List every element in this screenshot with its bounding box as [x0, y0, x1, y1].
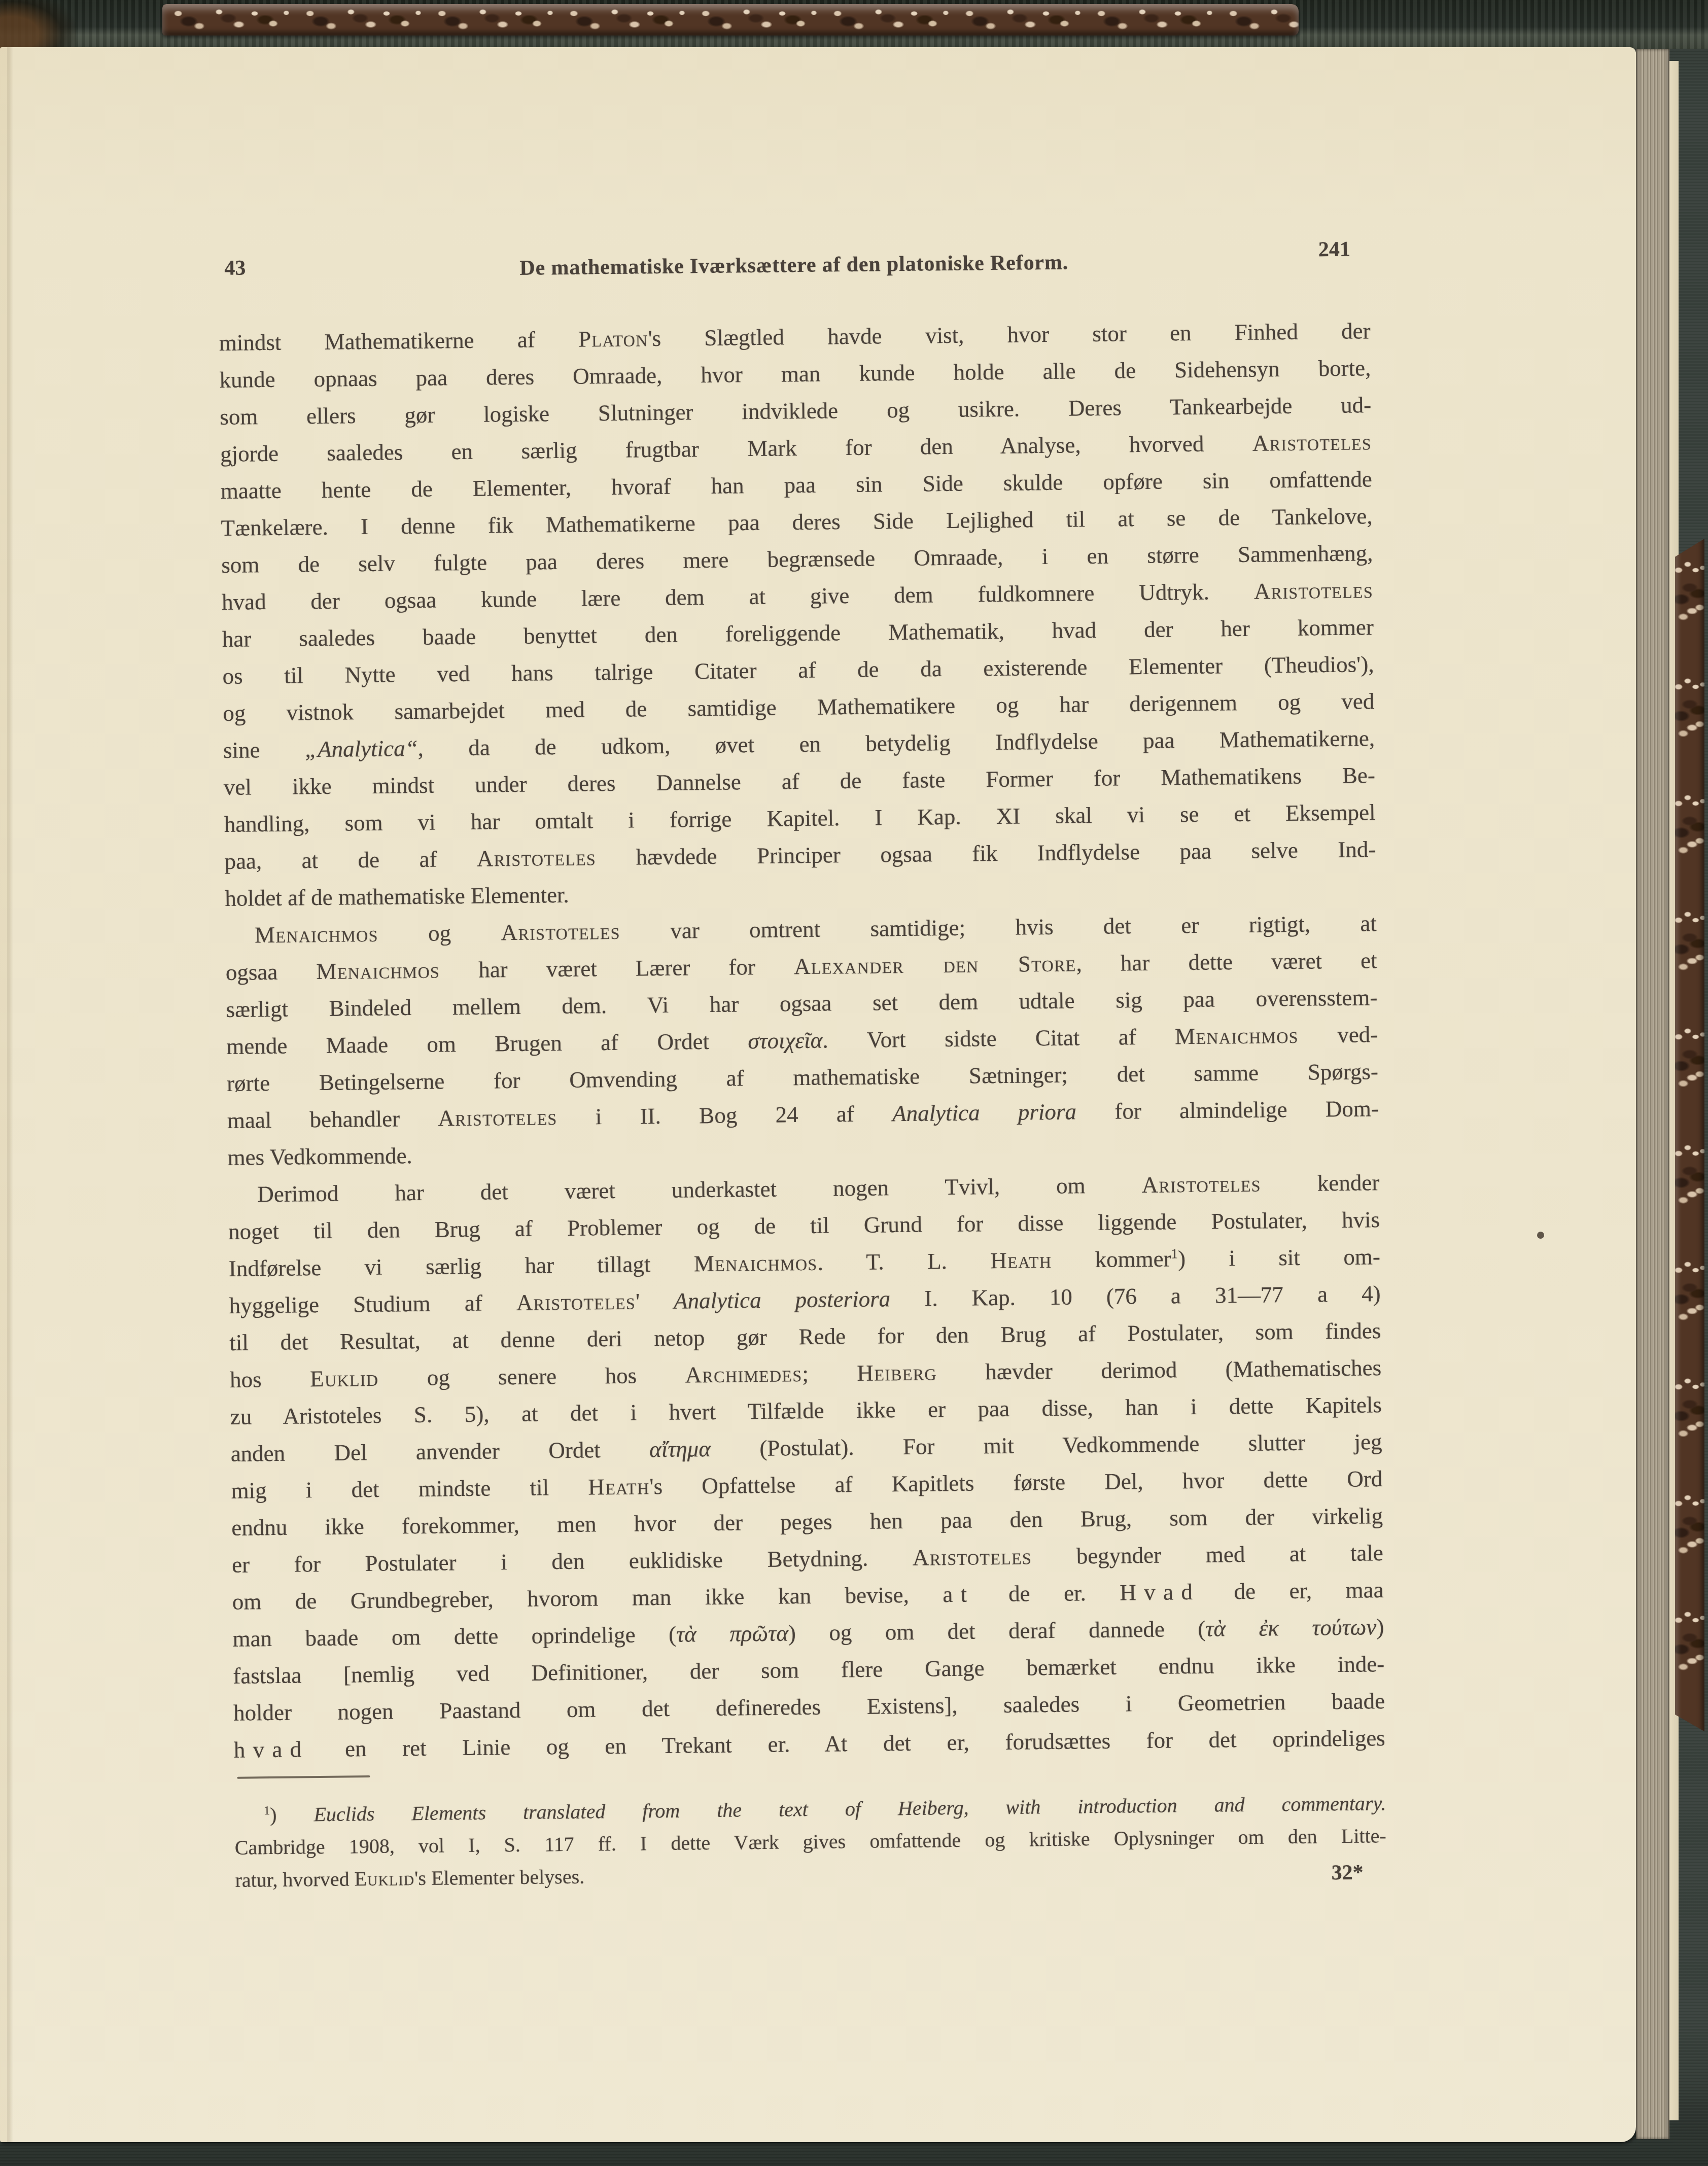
marbled-paper-right-strip: [1675, 535, 1704, 1737]
ink-speck: [1537, 1232, 1544, 1239]
page-number-left: 43: [224, 256, 246, 280]
running-title: De mathematiske Iværksættere af den plat…: [519, 250, 1068, 280]
marbled-paper-top-strip: [162, 4, 1299, 36]
page-fore-edge: [1636, 49, 1669, 2139]
page-number-right: 241: [1318, 237, 1350, 262]
signature-mark: 32*: [1331, 1861, 1363, 1885]
body-text: mindst Mathematikerne af Platon's Slægtl…: [219, 312, 1385, 1769]
book-page: 43 De mathematiske Iværksættere af den p…: [0, 47, 1636, 2142]
running-head: 43 De mathematiske Iværksættere af den p…: [218, 244, 1370, 283]
text-block: 43 De mathematiske Iværksættere af den p…: [218, 244, 1387, 1897]
footnote-rule: [237, 1775, 370, 1779]
footnote: 1) Euclids Elements translated from the …: [234, 1787, 1387, 1897]
book-scan: 43 De mathematiske Iværksættere af den p…: [0, 0, 1708, 2166]
